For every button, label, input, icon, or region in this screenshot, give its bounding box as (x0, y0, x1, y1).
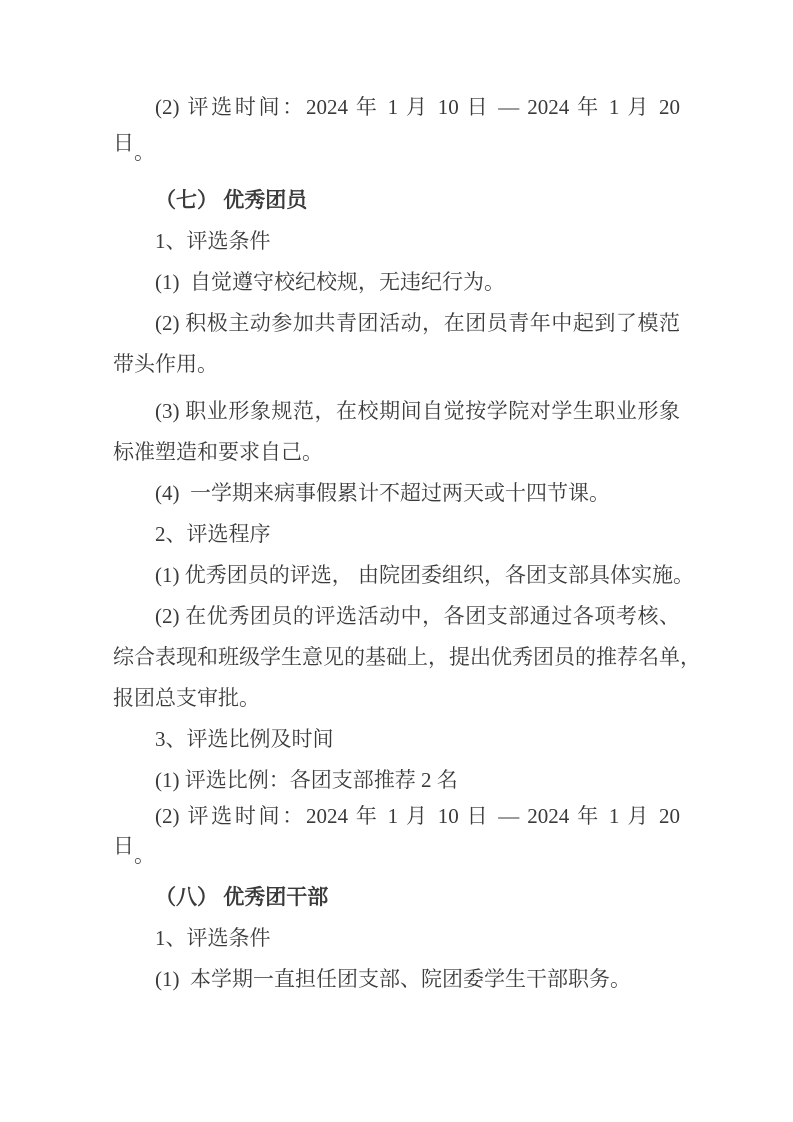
para-selection-time-prev-section: (2) 评选时间：2024 年 1 月 10 日 — 2024 年 1 月 20… (113, 88, 680, 160)
text-line: 报团总支审批。 (113, 678, 680, 719)
subheading-conditions: 1、评选条件 (113, 221, 680, 262)
condition-item-3: (3) 职业形象规范，在校期间自觉按学院对学生职业形象 标准塑造和要求自己。 (113, 391, 680, 473)
condition-item-2: (2) 积极主动参加共青团活动，在团员青年中起到了模范 带头作用。 (113, 303, 680, 385)
procedure-item-1: (1) 优秀团员的评选， 由院团委组织，各团支部具体实施。 (113, 555, 680, 596)
text-run: 日 (113, 834, 134, 858)
text-line: (3) 职业形象规范，在校期间自觉按学院对学生职业形象 (113, 391, 680, 432)
page-content: (2) 评选时间：2024 年 1 月 10 日 — 2024 年 1 月 20… (0, 0, 793, 1000)
text-line: 日。 (113, 831, 680, 861)
text-line: (2) 积极主动参加共青团活动，在团员青年中起到了模范 (113, 303, 680, 344)
document-page: (2) 评选时间：2024 年 1 月 10 日 — 2024 年 1 月 20… (0, 0, 793, 1122)
period-run: 。 (134, 140, 155, 164)
text-line: 综合表现和班级学生意见的基础上，提出优秀团员的推荐名单， (113, 637, 680, 678)
text-line: (2) 在优秀团员的评选活动中，各团支部通过各项考核、 (113, 596, 680, 637)
text-line: 带头作用。 (113, 344, 680, 385)
section-7-heading: （七） 优秀团员 (113, 180, 680, 221)
text-line: (2) 评选时间：2024 年 1 月 10 日 — 2024 年 1 月 20 (113, 801, 680, 831)
procedure-item-2: (2) 在优秀团员的评选活动中，各团支部通过各项考核、 综合表现和班级学生意见的… (113, 596, 680, 719)
text-run: 日 (113, 131, 134, 155)
subheading-ratio-time: 3、评选比例及时间 (113, 719, 680, 760)
ratio-item-2: (2) 评选时间：2024 年 1 月 10 日 — 2024 年 1 月 20… (113, 801, 680, 861)
period-run: 。 (134, 843, 155, 867)
condition-item-4: (4) 一学期来病事假累计不超过两天或十四节课。 (113, 473, 680, 514)
text-line: 日。 (113, 126, 680, 160)
section-8-heading: （八） 优秀团干部 (113, 877, 680, 918)
section-8-condition-item-1: (1) 本学期一直担任团支部、院团委学生干部职务。 (113, 959, 680, 1000)
text-line: (2) 评选时间：2024 年 1 月 10 日 — 2024 年 1 月 20 (113, 88, 680, 126)
text-line: 标准塑造和要求自己。 (113, 432, 680, 473)
subheading-procedure: 2、评选程序 (113, 514, 680, 555)
ratio-item-1: (1) 评选比例：各团支部推荐 2 名 (113, 760, 680, 801)
condition-item-1: (1) 自觉遵守校纪校规，无违纪行为。 (113, 262, 680, 303)
subheading-conditions-8: 1、评选条件 (113, 918, 680, 959)
